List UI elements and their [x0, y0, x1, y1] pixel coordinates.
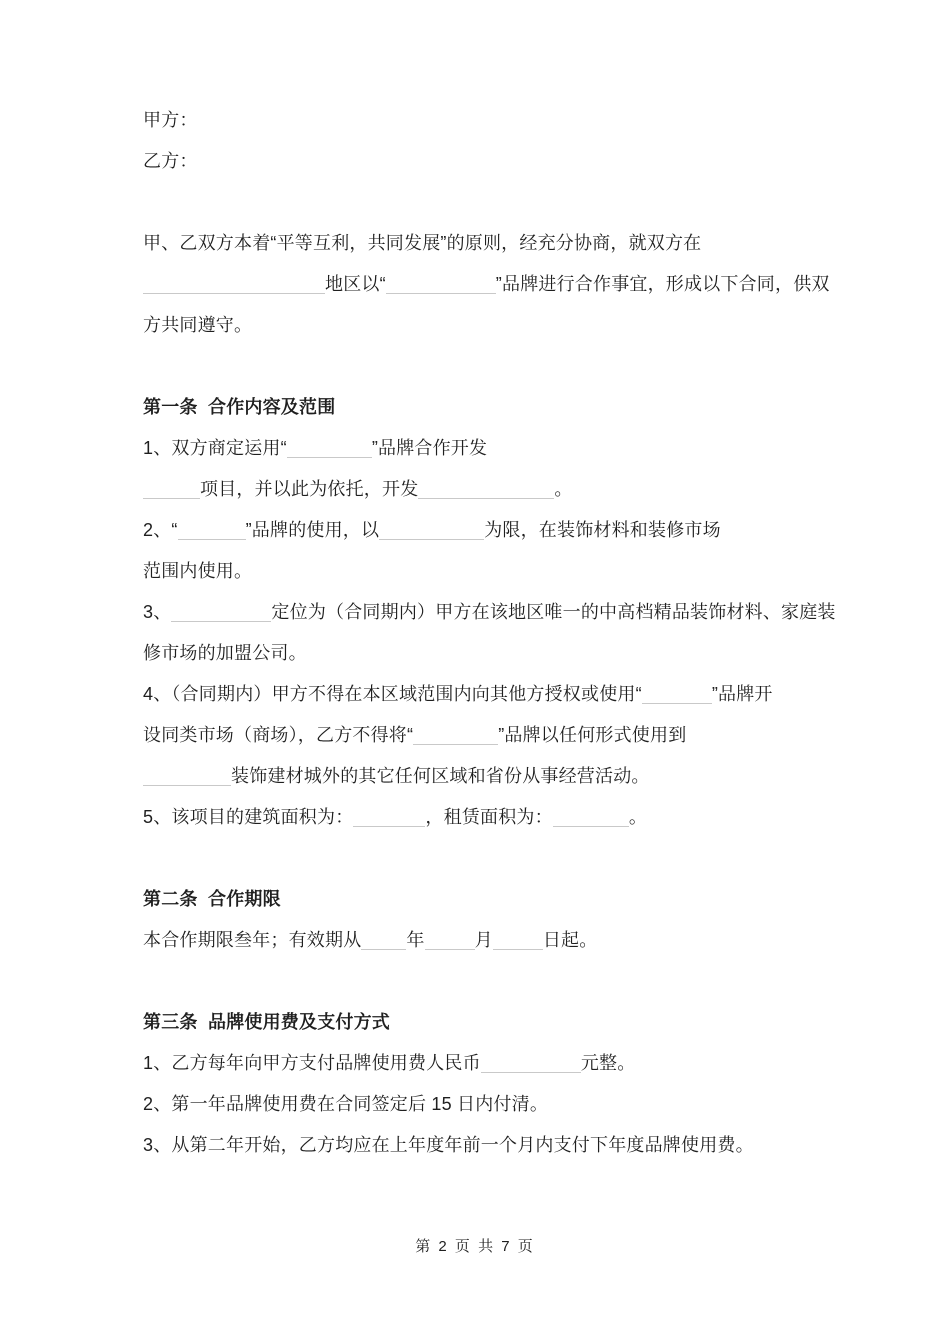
text-run: 项目，并以此为依托，开发 — [200, 479, 418, 499]
document-line: 修市场的加盟公司。 — [143, 633, 815, 674]
document-line: 设同类市场（商场），乙方不得将“”品牌以任何形式使用到 — [143, 715, 815, 756]
fill-in-blank — [143, 785, 231, 786]
fill-in-blank — [171, 621, 271, 622]
text-run: 4、（合同期内）甲方不得在本区域范围内向其他方授权或使用“ — [143, 684, 642, 704]
text-run: 方共同遵守。 — [143, 315, 252, 335]
text-run: ”品牌进行合作事宜，形成以下合同，供双 — [496, 274, 830, 294]
text-run: 月 — [475, 930, 493, 950]
text-run: 甲方： — [143, 110, 198, 130]
text-run: 乙方： — [143, 151, 198, 171]
fill-in-blank — [143, 498, 200, 499]
fill-in-blank — [386, 293, 496, 294]
text-run: 3、从第二年开始，乙方均应在上年度年前一个月内支付下年度品牌使用费。 — [143, 1135, 754, 1155]
text-run: ”品牌的使用，以 — [246, 520, 380, 540]
text-run: 第一条 合作内容及范围 — [143, 397, 335, 417]
fill-in-blank — [379, 539, 484, 540]
page-number: 第 2 页 共 7 页 — [0, 1236, 950, 1258]
document-line: 2、第一年品牌使用费在合同签定后 15 日内付清。 — [143, 1084, 815, 1125]
section-heading: 第一条 合作内容及范围 — [143, 387, 815, 428]
text-run: 3、 — [143, 602, 171, 622]
fill-in-blank — [178, 539, 246, 540]
fill-in-blank — [425, 949, 475, 950]
fill-in-blank — [413, 744, 498, 745]
document-line: 本合作期限叁年；有效期从年月日起。 — [143, 920, 815, 961]
text-run: 年 — [406, 930, 424, 950]
text-run: ”品牌合作开发 — [372, 438, 487, 458]
document-line: 方共同遵守。 — [143, 305, 815, 346]
text-run: 元整。 — [581, 1053, 636, 1073]
text-run: 2、“ — [143, 520, 178, 540]
text-run: 范围内使用。 — [143, 561, 252, 581]
section-heading: 第二条 合作期限 — [143, 879, 815, 920]
text-run: 修市场的加盟公司。 — [143, 643, 307, 663]
text-run: 1、双方商定运用“ — [143, 438, 287, 458]
section-heading: 第三条 品牌使用费及支付方式 — [143, 1002, 815, 1043]
document-line: 乙方： — [143, 141, 815, 182]
text-run: 为限，在装饰材料和装修市场 — [484, 520, 721, 540]
document-content: 甲方：乙方：甲、乙双方本着“平等互利，共同发展”的原则，经充分协商，就双方在地区… — [0, 0, 950, 1166]
document-line: 甲方： — [143, 100, 815, 141]
fill-in-blank — [353, 826, 425, 827]
text-run: 装饰建材城外的其它任何区域和省份从事经营活动。 — [231, 766, 650, 786]
document-line: 甲、乙双方本着“平等互利，共同发展”的原则，经充分协商，就双方在 — [143, 223, 815, 264]
fill-in-blank — [481, 1072, 581, 1073]
fill-in-blank — [287, 457, 372, 458]
text-run: 1、乙方每年向甲方支付品牌使用费人民币 — [143, 1053, 481, 1073]
document-line: 地区以“”品牌进行合作事宜，形成以下合同，供双 — [143, 264, 815, 305]
document-line: 装饰建材城外的其它任何区域和省份从事经营活动。 — [143, 756, 815, 797]
document-line: 3、从第二年开始，乙方均应在上年度年前一个月内支付下年度品牌使用费。 — [143, 1125, 815, 1166]
text-run: 2、第一年品牌使用费在合同签定后 15 日内付清。 — [143, 1094, 548, 1114]
document-line: 范围内使用。 — [143, 551, 815, 592]
fill-in-blank — [361, 949, 406, 950]
text-run: ”品牌以任何形式使用到 — [498, 725, 686, 745]
text-run: 第三条 品牌使用费及支付方式 — [143, 1012, 390, 1032]
document-line: 4、（合同期内）甲方不得在本区域范围内向其他方授权或使用“”品牌开 — [143, 674, 815, 715]
text-run: 第二条 合作期限 — [143, 889, 281, 909]
text-run: 。 — [629, 807, 647, 827]
document-line: 项目，并以此为依托，开发。 — [143, 469, 815, 510]
text-run: 定位为（合同期内）甲方在该地区唯一的中高档精品装饰材料、家庭装 — [271, 602, 835, 622]
fill-in-blank — [493, 949, 543, 950]
text-run: 甲、乙双方本着“平等互利，共同发展”的原则，经充分协商，就双方在 — [143, 233, 701, 253]
text-run: 设同类市场（商场），乙方不得将“ — [143, 725, 413, 745]
fill-in-blank — [143, 293, 325, 294]
fill-in-blank — [418, 498, 554, 499]
text-run: ”品牌开 — [712, 684, 773, 704]
document-line: 2、“”品牌的使用，以为限，在装饰材料和装修市场 — [143, 510, 815, 551]
text-run: 本合作期限叁年；有效期从 — [143, 930, 361, 950]
fill-in-blank — [553, 826, 629, 827]
text-run: 。 — [554, 479, 572, 499]
text-run: ，租赁面积为： — [425, 807, 552, 827]
text-run: 日起。 — [543, 930, 598, 950]
text-run: 地区以“ — [325, 274, 386, 294]
document-page: 甲方：乙方：甲、乙双方本着“平等互利，共同发展”的原则，经充分协商，就双方在地区… — [0, 0, 950, 1344]
document-line: 5、该项目的建筑面积为：，租赁面积为：。 — [143, 797, 815, 838]
fill-in-blank — [642, 703, 712, 704]
document-line: 3、定位为（合同期内）甲方在该地区唯一的中高档精品装饰材料、家庭装 — [143, 592, 815, 633]
document-line: 1、双方商定运用“”品牌合作开发 — [143, 428, 815, 469]
document-line: 1、乙方每年向甲方支付品牌使用费人民币元整。 — [143, 1043, 815, 1084]
text-run: 5、该项目的建筑面积为： — [143, 807, 353, 827]
